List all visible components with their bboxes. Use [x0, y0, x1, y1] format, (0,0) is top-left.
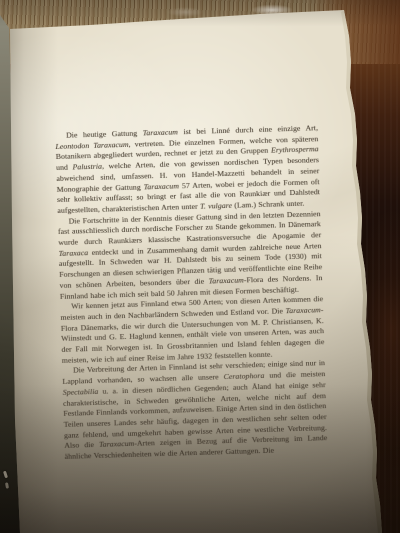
paragraph-3: Wir kennen jetzt aus Finnland etwa 500 A…	[60, 294, 325, 366]
page-text: Die heutige Gattung Taraxacum ist bei Li…	[55, 123, 328, 462]
photo-of-book-page: Die heutige Gattung Taraxacum ist bei Li…	[0, 0, 400, 533]
paragraph-1: Die heutige Gattung Taraxacum ist bei Li…	[55, 123, 320, 216]
paragraph-2: Die Fortschritte in der Kenntnis dieser …	[58, 209, 323, 302]
paragraph-4: Die Verbreitung der Arten in Finnland is…	[62, 359, 328, 463]
